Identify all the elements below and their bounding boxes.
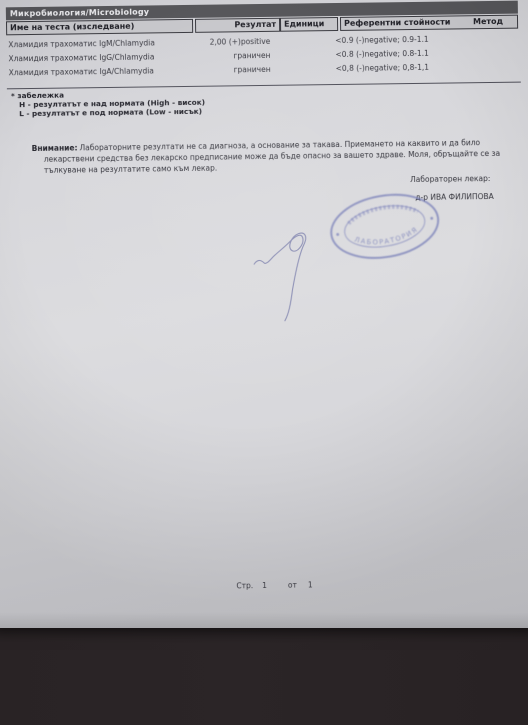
test-reference: <0.8 (-)negative; 0.8-1.1	[335, 49, 429, 59]
column-header-reference-method: Референтни стойности Метод	[340, 15, 518, 31]
test-reference: <0,8 (-)negative; 0,8-1,1	[336, 63, 430, 73]
stamp-right-dot	[430, 217, 433, 220]
doctor-signature	[251, 223, 328, 324]
signature-stroke	[254, 233, 307, 321]
separator-line	[7, 82, 521, 90]
stamp-top-arc-text-illegible	[347, 202, 418, 224]
stamp-outer-ring	[326, 187, 443, 266]
lab-report: Микробиология/Microbiology Име на теста …	[0, 0, 528, 631]
test-result: 2,00 (+)positive	[106, 37, 270, 48]
test-reference: <0.9 (-)negative; 0.9-1.1	[335, 35, 429, 45]
note-low: L - резултатът е под нормата (Low - нисъ…	[11, 107, 205, 119]
column-header-units: Единици	[280, 17, 338, 32]
warning-paragraph: Внимание:Лабораторните резултати не са д…	[32, 137, 508, 176]
stamp-left-dot	[336, 233, 339, 236]
warning-label: Внимание:	[32, 143, 78, 153]
section-title: Микробиология/Microbiology	[10, 7, 149, 18]
column-header-test-name: Име на теста (изследване)	[6, 19, 193, 35]
lab-stamp: ЛАБОРАТОРИЯ	[318, 181, 450, 273]
column-header-method: Метод	[473, 16, 503, 28]
page-total: 1	[308, 580, 313, 589]
column-header-result: Резултат	[195, 18, 280, 33]
test-result: граничен	[107, 65, 271, 76]
column-header-reference: Референтни стойности	[344, 17, 451, 30]
photo-background: Микробиология/Microbiology Име на теста …	[0, 0, 528, 725]
page-number: 1	[262, 581, 267, 590]
warning-text: Лабораторните резултати не са диагноза, …	[44, 138, 500, 175]
test-result: граничен	[106, 51, 270, 62]
page-label: Стр.	[236, 581, 253, 590]
notes-block: * забележка H - резултатът е над нормата…	[11, 89, 205, 119]
document-page: Микробиология/Microbiology Име на теста …	[0, 0, 528, 628]
page-footer: Стр. 1 от 1	[236, 580, 312, 590]
of-label: от	[288, 581, 297, 590]
